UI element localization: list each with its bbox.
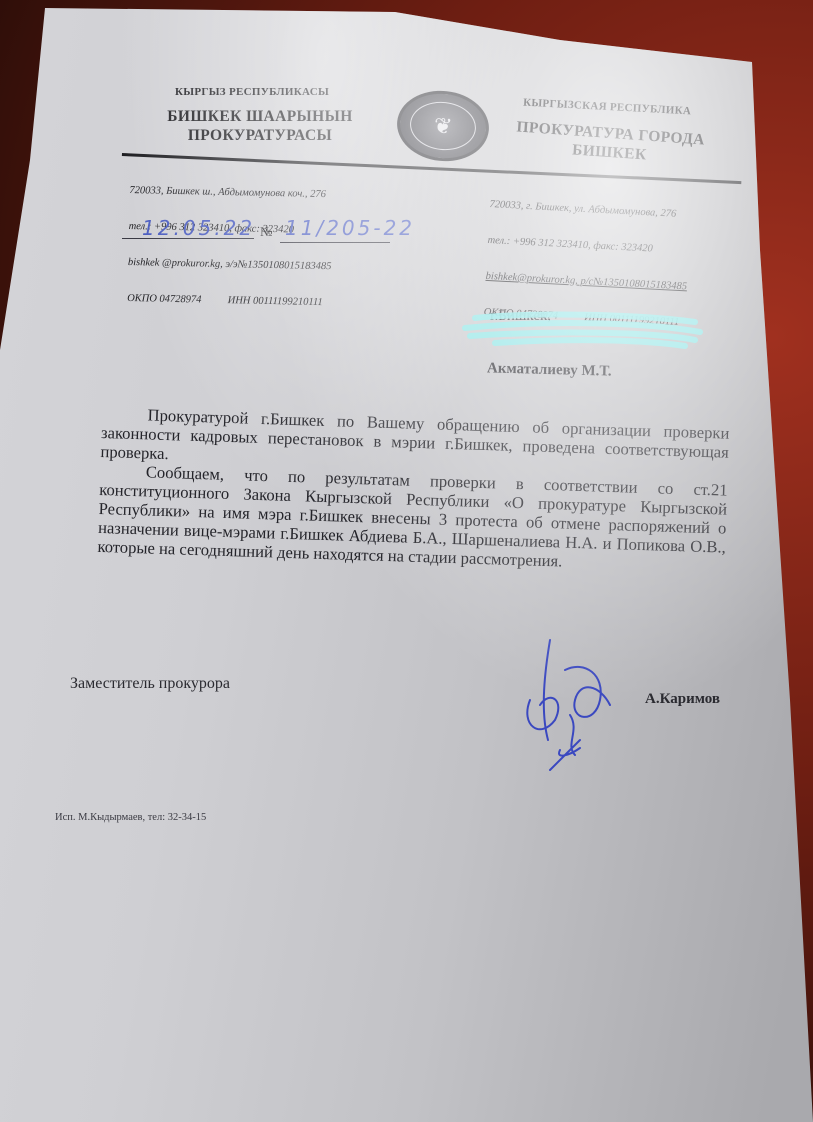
letter-page: КЫРГЫЗ РЕСПУБЛИКАСЫ БИШКЕК ШААРЫНЫН ПРОК… bbox=[0, 0, 813, 1122]
letterhead-left-org-line1: БИШКЕК ШААРЫНЫН bbox=[150, 107, 370, 126]
address-line: ОКПО 04728974 ИНН 00111199210111 bbox=[127, 293, 331, 309]
date-underline bbox=[122, 238, 254, 239]
number-sign: № bbox=[260, 224, 272, 240]
executor-note: Исп. М.Кыдырмаев, тел: 32-34-15 bbox=[55, 812, 206, 823]
registration-date: 12.05.22 bbox=[142, 216, 255, 240]
falcon-icon: ❦ bbox=[432, 114, 453, 141]
letterhead-right-org: ПРОКУРАТУРА ГОРОДА БИШКЕК bbox=[504, 117, 716, 170]
letterhead-left-org: БИШКЕК ШААРЫНЫН ПРОКУРАТУРАСЫ bbox=[150, 107, 370, 145]
address-line: bishkek@prokuror.kg, р/с№135010801518348… bbox=[485, 271, 687, 294]
address-line: 720033, г. Бишкек, ул. Абдымомунова, 276 bbox=[489, 199, 691, 222]
signature-scribble bbox=[510, 630, 640, 775]
registration-number: 11/205-22 bbox=[285, 216, 415, 240]
signatory-name: А.Каримов bbox=[645, 691, 720, 708]
redaction-scribble bbox=[455, 310, 705, 350]
letterhead-right-country: КЫРГЫЗСКАЯ РЕСПУБЛИКА bbox=[523, 97, 692, 118]
letterhead-left-address: 720033, Бишкек ш., Абдымомунова коч., 27… bbox=[126, 161, 333, 333]
recipient-name: Акматалиеву М.Т. bbox=[487, 360, 612, 380]
signatory-position: Заместитель прокурора bbox=[70, 675, 230, 693]
number-underline bbox=[280, 242, 390, 243]
letterhead-left-org-line2: ПРОКУРАТУРАСЫ bbox=[150, 126, 370, 145]
letter-body: Прокуратурой г.Бишкек по Вашему обращени… bbox=[97, 404, 729, 576]
letterhead-left-country: КЫРГЫЗ РЕСПУБЛИКАСЫ bbox=[175, 86, 329, 98]
state-emblem-icon: ❦ bbox=[394, 86, 493, 165]
address-line: bishkek @prokuror.kg, э/э№13501080151834… bbox=[128, 257, 332, 273]
address-line: тел.: +996 312 323410, факс: 323420 bbox=[487, 235, 689, 258]
body-paragraph: Сообщаем, что по результатам проверки в … bbox=[97, 461, 728, 576]
address-line: 720033, Бишкек ш., Абдымомунова коч., 27… bbox=[129, 185, 333, 201]
